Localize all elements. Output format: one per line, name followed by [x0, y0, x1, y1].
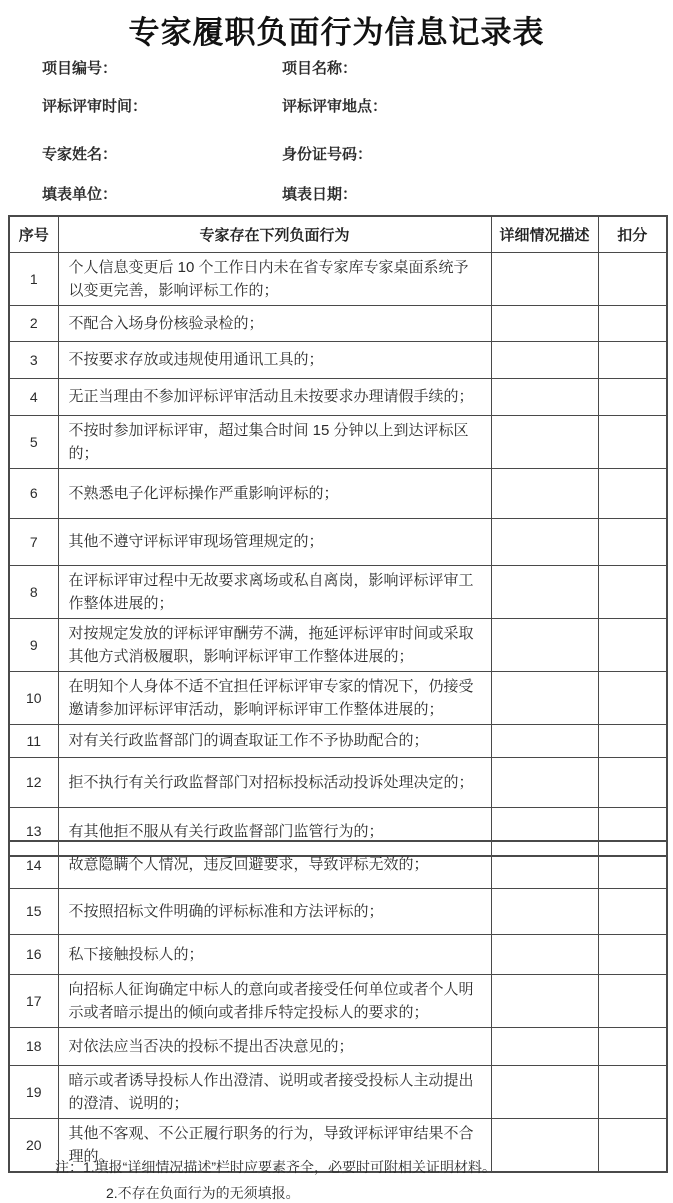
serial-cell: 2 [9, 305, 58, 341]
serial-cell: 10 [9, 671, 58, 724]
serial-cell: 18 [9, 1027, 58, 1065]
form-field-row: 评标评审时间： 评标评审地点： [42, 95, 642, 113]
table-row: 12 拒不执行有关行政监督部门对招标投标活动投诉处理决定的； [9, 757, 667, 807]
deduction-cell [598, 974, 667, 1027]
detail-cell [491, 888, 598, 934]
table-row: 17 向招标人征询确定中标人的意向或者接受任何单位或者个人明示或者暗示提出的倾向… [9, 974, 667, 1027]
serial-cell: 1 [9, 252, 58, 305]
table-row: 9 对按规定发放的评标评审酬劳不满，拖延评标评审时间或采取其他方式消极履职，影响… [9, 618, 667, 671]
page-title: 专家履职负面行为信息记录表 [0, 7, 673, 52]
col-header-deduction: 扣分 [598, 216, 667, 252]
table-header-row: 序号 专家存在下列负面行为 详细情况描述 扣分 [9, 216, 667, 252]
table-row: 18 对依法应当否决的投标不提出否决意见的； [9, 1027, 667, 1065]
table-row: 14 故意隐瞒个人情况，违反回避要求，导致评标无效的； [9, 841, 667, 888]
table-row: 19 暗示或者诱导投标人作出澄清、说明或者接受投标人主动提出的澄清、说明的； [9, 1065, 667, 1118]
behavior-cell: 私下接触投标人的； [58, 934, 491, 974]
deduction-cell [598, 468, 667, 518]
deduction-cell [598, 1065, 667, 1118]
table-row: 10 在明知个人身体不适不宜担任评标评审专家的情况下，仍接受邀请参加评标评审活动… [9, 671, 667, 724]
serial-cell: 3 [9, 341, 58, 378]
table-row: 6 不熟悉电子化评标操作严重影响评标的； [9, 468, 667, 518]
deduction-cell [598, 671, 667, 724]
serial-cell: 5 [9, 415, 58, 468]
deduction-cell [598, 841, 667, 888]
deduction-cell [598, 1027, 667, 1065]
form-field-label: 填表日期： [282, 183, 357, 204]
deduction-cell [598, 415, 667, 468]
detail-cell [491, 415, 598, 468]
document-page: 专家履职负面行为信息记录表 项目编号： 项目名称： 评标评审时间： 评标评审地点… [0, 0, 673, 1203]
deduction-cell [598, 305, 667, 341]
behavior-cell: 在明知个人身体不适不宜担任评标评审专家的情况下，仍接受邀请参加评标评审活动，影响… [58, 671, 491, 724]
form-field-label: 评标评审时间： [42, 95, 147, 116]
form-field-row: 专家姓名： 身份证号码： [42, 143, 642, 161]
behavior-cell: 不熟悉电子化评标操作严重影响评标的； [58, 468, 491, 518]
detail-cell [491, 565, 598, 618]
deduction-cell [598, 888, 667, 934]
table-row: 5 不按时参加评标评审，超过集合时间 15 分钟以上到达评标区的； [9, 415, 667, 468]
serial-cell: 20 [9, 1118, 58, 1172]
form-field-label: 评标评审地点： [282, 95, 387, 116]
detail-cell [491, 1065, 598, 1118]
detail-cell [491, 1118, 598, 1172]
serial-cell: 16 [9, 934, 58, 974]
behavior-cell: 故意隐瞒个人情况，违反回避要求，导致评标无效的； [58, 841, 491, 888]
serial-cell: 4 [9, 378, 58, 415]
detail-cell [491, 757, 598, 807]
form-field-label: 身份证号码： [282, 143, 372, 164]
behavior-cell: 对有关行政监督部门的调查取证工作不予协助配合的； [58, 724, 491, 757]
note-line-2: 2.不存在负面行为的无须填报。 [106, 1183, 300, 1203]
form-field-row: 项目编号： 项目名称： [42, 57, 642, 75]
behavior-cell: 不配合入场身份核验录检的； [58, 305, 491, 341]
behavior-cell: 对依法应当否决的投标不提出否决意见的； [58, 1027, 491, 1065]
col-header-behavior: 专家存在下列负面行为 [58, 216, 491, 252]
table-row: 8 在评标评审过程中无故要求离场或私自离岗，影响评标评审工作整体进展的； [9, 565, 667, 618]
detail-cell [491, 618, 598, 671]
table-row: 7 其他不遵守评标评审现场管理规定的； [9, 518, 667, 565]
deduction-cell [598, 378, 667, 415]
form-field-label: 填表单位： [42, 183, 117, 204]
serial-cell: 9 [9, 618, 58, 671]
behavior-cell: 无正当理由不参加评标评审活动且未按要求办理请假手续的； [58, 378, 491, 415]
table-row: 4 无正当理由不参加评标评审活动且未按要求办理请假手续的； [9, 378, 667, 415]
deduction-cell [598, 757, 667, 807]
behavior-cell: 不按照招标文件明确的评标标准和方法评标的； [58, 888, 491, 934]
form-field-label: 项目名称： [282, 57, 357, 78]
detail-cell [491, 468, 598, 518]
detail-cell [491, 341, 598, 378]
serial-cell: 8 [9, 565, 58, 618]
table-body-2: 14 故意隐瞒个人情况，违反回避要求，导致评标无效的； 15 不按照招标文件明确… [9, 841, 667, 1172]
deduction-cell [598, 252, 667, 305]
col-header-detail: 详细情况描述 [491, 216, 598, 252]
form-field-label: 专家姓名： [42, 143, 117, 164]
table-row: 1 个人信息变更后 10 个工作日内未在省专家库专家桌面系统予以变更完善，影响评… [9, 252, 667, 305]
serial-cell: 14 [9, 841, 58, 888]
detail-cell [491, 724, 598, 757]
detail-cell [491, 841, 598, 888]
table-row: 15 不按照招标文件明确的评标标准和方法评标的； [9, 888, 667, 934]
table-row: 3 不按要求存放或违规使用通讯工具的； [9, 341, 667, 378]
deduction-cell [598, 341, 667, 378]
table-row: 11 对有关行政监督部门的调查取证工作不予协助配合的； [9, 724, 667, 757]
col-header-serial: 序号 [9, 216, 58, 252]
detail-cell [491, 305, 598, 341]
detail-cell [491, 1027, 598, 1065]
table-row: 2 不配合入场身份核验录检的； [9, 305, 667, 341]
deduction-cell [598, 518, 667, 565]
detail-cell [491, 671, 598, 724]
deduction-cell [598, 1118, 667, 1172]
negative-behavior-table-section-2: 14 故意隐瞒个人情况，违反回避要求，导致评标无效的； 15 不按照招标文件明确… [8, 840, 668, 1173]
form-field-label: 项目编号： [42, 57, 117, 78]
behavior-cell: 不按时参加评标评审，超过集合时间 15 分钟以上到达评标区的； [58, 415, 491, 468]
behavior-cell: 在评标评审过程中无故要求离场或私自离岗，影响评标评审工作整体进展的； [58, 565, 491, 618]
serial-cell: 19 [9, 1065, 58, 1118]
behavior-cell: 其他不遵守评标评审现场管理规定的； [58, 518, 491, 565]
serial-cell: 6 [9, 468, 58, 518]
behavior-cell: 向招标人征询确定中标人的意向或者接受任何单位或者个人明示或者暗示提出的倾向或者排… [58, 974, 491, 1027]
negative-behavior-table-section-1: 序号 专家存在下列负面行为 详细情况描述 扣分 1 个人信息变更后 10 个工作… [8, 215, 668, 857]
note-line-1: 注：1.填报“详细情况描述”栏时应要素齐全，必要时可附相关证明材料。 [55, 1157, 496, 1177]
deduction-cell [598, 565, 667, 618]
detail-cell [491, 974, 598, 1027]
behavior-cell: 不按要求存放或违规使用通讯工具的； [58, 341, 491, 378]
deduction-cell [598, 724, 667, 757]
behavior-cell: 个人信息变更后 10 个工作日内未在省专家库专家桌面系统予以变更完善，影响评标工… [58, 252, 491, 305]
table-row: 16 私下接触投标人的； [9, 934, 667, 974]
serial-cell: 7 [9, 518, 58, 565]
behavior-cell: 拒不执行有关行政监督部门对招标投标活动投诉处理决定的； [58, 757, 491, 807]
form-field-row: 填表单位： 填表日期： [42, 183, 642, 201]
detail-cell [491, 518, 598, 565]
behavior-cell: 暗示或者诱导投标人作出澄清、说明或者接受投标人主动提出的澄清、说明的； [58, 1065, 491, 1118]
serial-cell: 11 [9, 724, 58, 757]
detail-cell [491, 934, 598, 974]
detail-cell [491, 378, 598, 415]
table-body-1: 1 个人信息变更后 10 个工作日内未在省专家库专家桌面系统予以变更完善，影响评… [9, 252, 667, 856]
deduction-cell [598, 934, 667, 974]
serial-cell: 15 [9, 888, 58, 934]
detail-cell [491, 252, 598, 305]
serial-cell: 12 [9, 757, 58, 807]
serial-cell: 17 [9, 974, 58, 1027]
behavior-cell: 对按规定发放的评标评审酬劳不满，拖延评标评审时间或采取其他方式消极履职，影响评标… [58, 618, 491, 671]
deduction-cell [598, 618, 667, 671]
